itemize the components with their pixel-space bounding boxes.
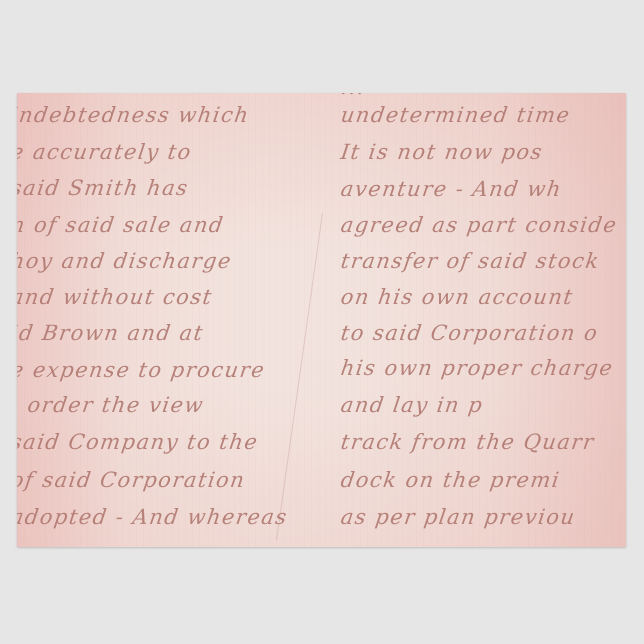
handwritten-line: his own proper charge	[339, 356, 615, 380]
handwritten-line: - order the view	[17, 393, 206, 417]
handwritten-line: undetermined time	[339, 103, 572, 127]
handwritten-line: of said Corporation	[17, 468, 247, 492]
handwritten-line: aventure - And wh	[339, 177, 563, 201]
handwritten-document-page: indebtedness which e accurately to said …	[17, 93, 626, 547]
handwritten-line: track from the Quarr	[339, 430, 596, 454]
paper-crease	[276, 213, 323, 540]
handwritten-line: ...	[339, 93, 367, 99]
handwritten-line: n of said sale and	[17, 213, 226, 237]
handwritten-line: adopted - And whereas	[17, 505, 289, 529]
handwritten-line: to said Corporation o	[339, 321, 600, 345]
handwritten-line: agreed as part conside	[339, 213, 619, 237]
handwritten-line: and without cost	[17, 285, 214, 309]
handwritten-line: on his own account	[339, 285, 575, 309]
handwritten-line: dock on the premi	[339, 468, 562, 492]
handwritten-line: and lay in p	[339, 393, 485, 417]
handwritten-line: e expense to procure	[17, 358, 267, 382]
handwritten-line: indebtedness which	[17, 103, 251, 127]
handwritten-line: hoy and discharge	[17, 249, 234, 273]
handwritten-line: id Brown and at	[17, 321, 205, 345]
handwritten-line: said Company to the	[17, 430, 260, 454]
handwritten-line: transfer of said stock	[339, 249, 601, 273]
handwritten-line: e accurately to	[17, 140, 194, 164]
handwritten-line: as per plan previou	[339, 505, 577, 529]
handwritten-line: said Smith has	[17, 176, 190, 200]
handwritten-line: It is not now pos	[339, 140, 544, 164]
